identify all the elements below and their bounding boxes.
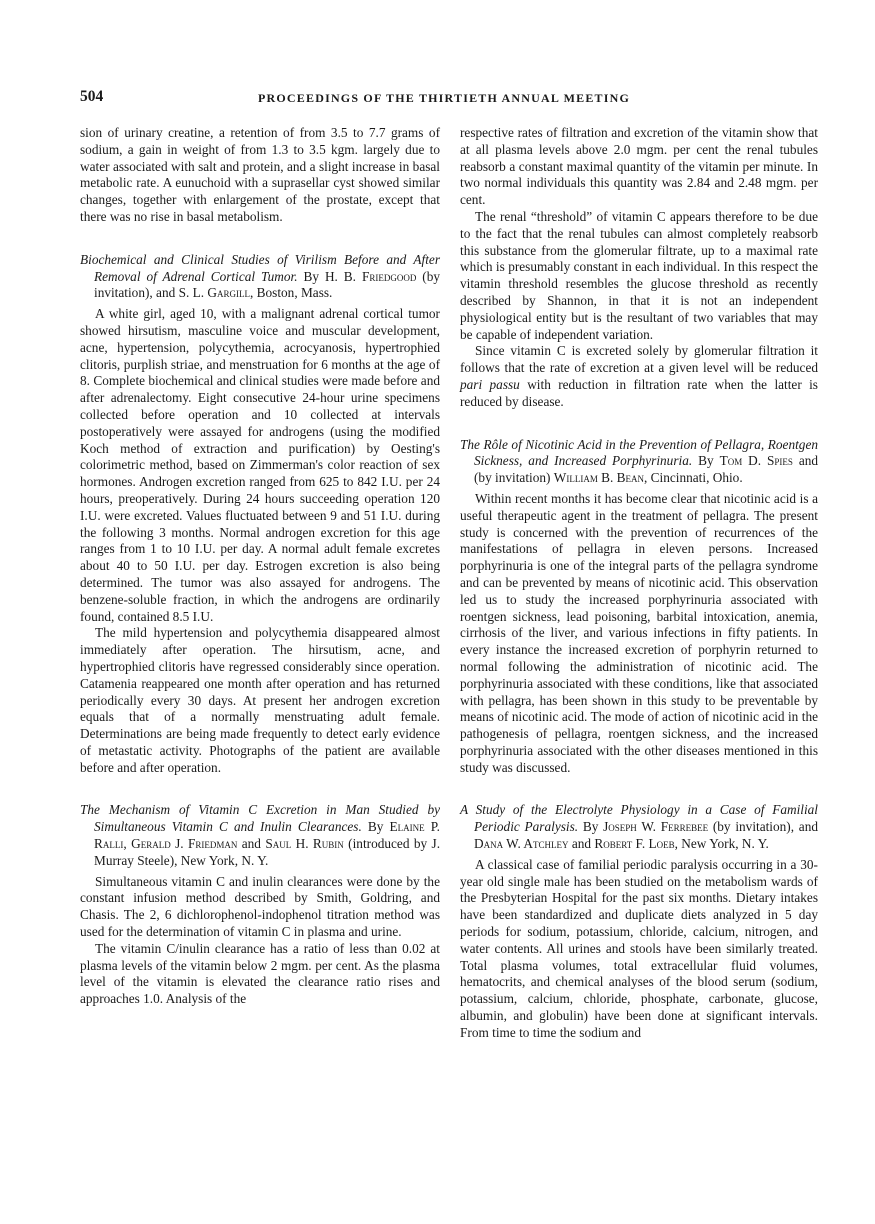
author-name: Joseph W. Ferrebee [603, 819, 708, 834]
continued-paragraph: respective rates of filtration and excre… [460, 125, 818, 209]
article-title: The Mechanism of Vitamin C Excretion in … [80, 802, 440, 834]
running-head: PROCEEDINGS OF THE THIRTIETH ANNUAL MEET… [258, 91, 630, 106]
author-name: Friedgood [362, 269, 416, 284]
body-paragraph: A white girl, aged 10, with a malignant … [80, 306, 440, 625]
body-paragraph: Within recent months it has become clear… [460, 491, 818, 777]
article-heading-nicotinic-acid: The Rôle of Nicotinic Acid in the Preven… [460, 437, 818, 487]
page-header: 504 PROCEEDINGS OF THE THIRTIETH ANNUAL … [80, 88, 818, 108]
author-name: Tom D. Spies [720, 453, 793, 468]
page-number: 504 [80, 88, 103, 106]
right-column: respective rates of filtration and excre… [460, 125, 818, 1042]
body-paragraph: Since vitamin C is excreted solely by gl… [460, 343, 818, 410]
author-name: William B. Bean [554, 470, 644, 485]
author-name: Gargill [207, 285, 250, 300]
body-paragraph: The vitamin C/inulin clearance has a rat… [80, 941, 440, 1008]
body-paragraph: A classical case of familial periodic pa… [460, 857, 818, 1042]
body-paragraph: Simultaneous vitamin C and inulin cleara… [80, 874, 440, 941]
article-heading-periodic-paralysis: A Study of the Electrolyte Physiology in… [460, 802, 818, 852]
article-heading-virilism: Biochemical and Clinical Studies of Viri… [80, 252, 440, 302]
author-name: Saul H. Rubin [265, 836, 343, 851]
left-column: sion of urinary creatine, a retention of… [80, 125, 440, 1008]
body-paragraph: The mild hypertension and polycythemia d… [80, 625, 440, 776]
continued-paragraph: sion of urinary creatine, a retention of… [80, 125, 440, 226]
author-name: Dana W. Atchley [474, 836, 569, 851]
latin-phrase: pari passu [460, 377, 520, 392]
author-name: Robert F. Loeb [594, 836, 674, 851]
author-name: Gerald J. Friedman [131, 836, 237, 851]
article-heading-vitamin-c: The Mechanism of Vitamin C Excretion in … [80, 802, 440, 869]
body-paragraph: The renal “threshold” of vitamin C appea… [460, 209, 818, 343]
